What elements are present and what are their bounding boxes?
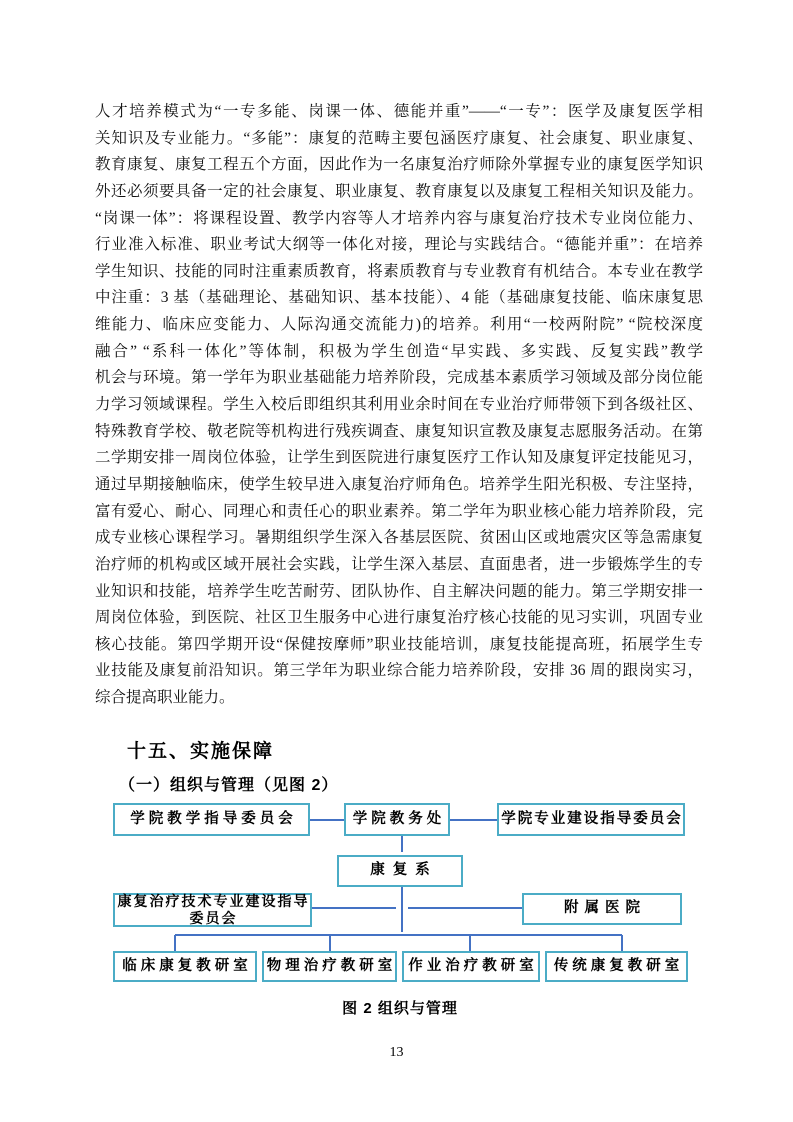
org-node-clinical-rehab-office: 临床康复教研室 <box>113 951 257 982</box>
org-node-teaching-committee: 学院教学指导委员会 <box>113 803 310 836</box>
body-line: 业知识和技能，培养学生吃苦耐劳、团队协作、自主解决问题的能力。第三学期安排一 <box>95 579 703 606</box>
org-node-label: 康复治疗技术专业建设指导 <box>116 893 310 910</box>
body-line: 周岗位体验，到医院、社区卫生服务中心进行康复治疗核心技能的见习实训，巩固专业 <box>95 605 703 632</box>
document-page: 人才培养模式为“一专多能、岗课一体、德能并重”——“一专”：医学及康复医学相 关… <box>0 0 793 1122</box>
org-node-label: 临床康复教研室 <box>118 958 252 975</box>
figure-caption: 图 2 组织与管理 <box>0 997 793 1018</box>
body-line: 通过早期接触临床，使学生较早进入康复治疗师角色。培养学生阳光积极、专注坚持， <box>95 472 703 499</box>
org-node-label: 作业治疗教研室 <box>404 958 538 975</box>
body-line: 富有爱心、耐心、同理心和责任心的职业素养。第二学年为职业核心能力培养阶段，完 <box>95 499 703 526</box>
body-line: 机会与环境。第一学年为职业基础能力培养阶段，完成基本素质学习领域及部分岗位能 <box>95 365 703 392</box>
body-line: 二学期安排一周岗位体验，让学生到医院进行康复医疗工作认知及康复评定技能见习， <box>95 445 703 472</box>
org-node-rehab-tech-committee: 康复治疗技术专业建设指导 委员会 <box>113 893 312 927</box>
org-node-academic-affairs: 学院教务处 <box>344 803 450 836</box>
body-line: 综合提高职业能力。 <box>95 685 703 712</box>
body-line: 教育康复、康复工程五个方面，因此作为一名康复治疗师除外掌握专业的康复医学知识 <box>95 152 703 179</box>
org-node-traditional-rehab-office: 传统康复教研室 <box>545 951 688 982</box>
body-line: 学生知识、技能的同时注重素质教育，将素质教育与专业教育有机结合。本专业在教学 <box>95 259 703 286</box>
body-line: 外还必须要具备一定的社会康复、职业康复、教育康复以及康复工程相关知识及能力。 <box>95 179 703 206</box>
body-line: 治疗师的机构或区域开展社会实践，让学生深入基层、直面患者，进一步锻炼学生的专 <box>95 552 703 579</box>
section-heading: 十五、实施保障 <box>127 736 274 763</box>
body-line: 融合” “系科一体化”等体制，积极为学生创造“早实践、多实践、反复实践”教学 <box>95 339 703 366</box>
org-node-label: 学院教务处 <box>349 811 446 828</box>
org-node-label: 学院专业建设指导委员会 <box>499 811 683 828</box>
subsection-heading: （一）组织与管理（见图 2） <box>119 772 338 795</box>
org-node-label: 物理治疗教研室 <box>263 958 397 975</box>
body-line: 行业准入标准、职业考试大纲等一体化对接，理论与实践结合。“德能并重”：在培养 <box>95 232 703 259</box>
org-node-label: 附属医院 <box>558 900 646 917</box>
body-line: 人才培养模式为“一专多能、岗课一体、德能并重”——“一专”：医学及康复医学相 <box>95 99 703 126</box>
body-line: 核心技能。第四学期开设“保健按摩师”职业技能培训，康复技能提高班，拓展学生专 <box>95 632 703 659</box>
org-node-affiliated-hospital: 附属医院 <box>522 893 682 925</box>
body-line: 力学习领域课程。学生入校后即组织其利用业余时间在专业治疗师带领下到各级社区、 <box>95 392 703 419</box>
org-node-rehab-department: 康复系 <box>337 855 463 887</box>
org-node-label: 学院教学指导委员会 <box>126 811 297 828</box>
body-line: “岗课一体”：将课程设置、教学内容等人才培养内容与康复治疗技术专业岗位能力、 <box>95 206 703 233</box>
org-node-label: 传统康复教研室 <box>550 958 684 975</box>
body-line: 关知识及专业能力。“多能”：康复的范畴主要包涵医疗康复、社会康复、职业康复、 <box>95 126 703 153</box>
org-node-label: 委员会 <box>188 910 238 927</box>
org-node-occupational-therapy-office: 作业治疗教研室 <box>402 951 540 982</box>
body-paragraph: 人才培养模式为“一专多能、岗课一体、德能并重”——“一专”：医学及康复医学相 关… <box>95 99 703 712</box>
body-line: 特殊教育学校、敬老院等机构进行残疾调查、康复知识宣教及康复志愿服务活动。在第 <box>95 419 703 446</box>
body-line: 业技能及康复前沿知识。第三学年为职业综合能力培养阶段，安排 36 周的跟岗实习， <box>95 658 703 685</box>
body-line: 维能力、临床应变能力、人际沟通交流能力)的培养。利用“一校两附院” “院校深度 <box>95 312 703 339</box>
org-node-label: 康复系 <box>362 862 438 879</box>
org-node-physical-therapy-office: 物理治疗教研室 <box>262 951 397 982</box>
body-line: 中注重：3 基（基础理论、基础知识、基本技能）、4 能（基础康复技能、临床康复思 <box>95 285 703 312</box>
body-line: 成专业核心课程学习。暑期组织学生深入各基层医院、贫困山区或地震灾区等急需康复 <box>95 525 703 552</box>
page-number: 13 <box>0 1045 793 1061</box>
org-node-professional-committee: 学院专业建设指导委员会 <box>497 803 685 836</box>
